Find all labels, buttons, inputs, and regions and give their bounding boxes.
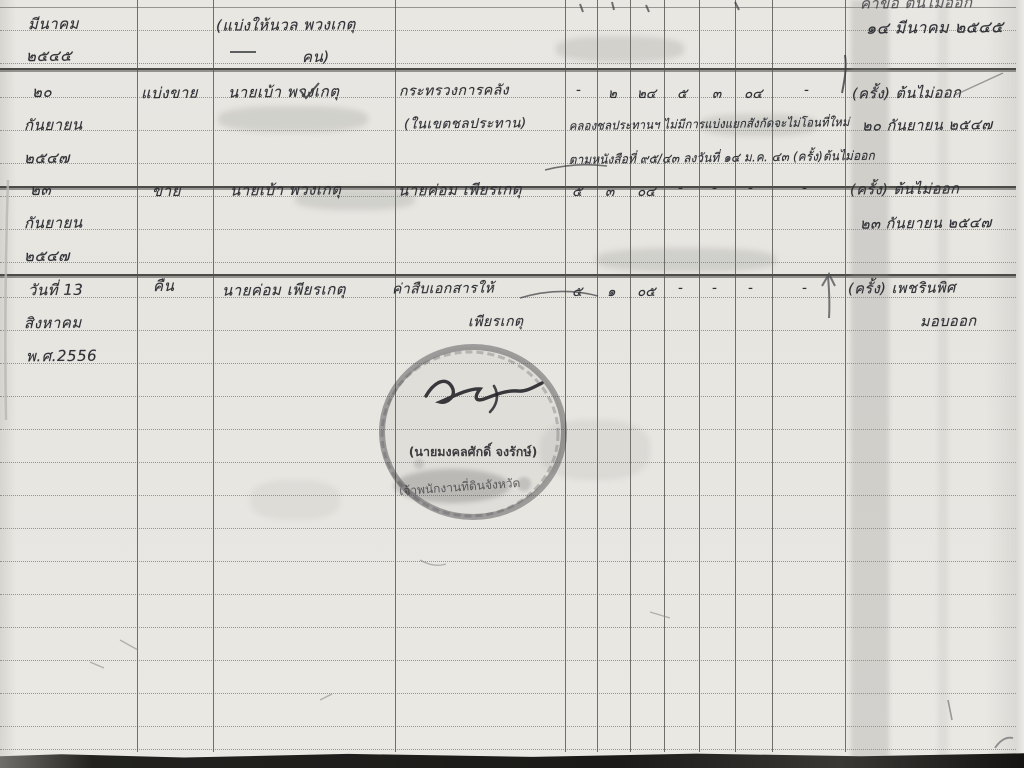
remark-line: ๑๔ มีนาคม ๒๕๔๕	[866, 15, 1004, 41]
cell-value: ๓	[712, 82, 721, 104]
cell-value: ๒๔	[637, 82, 656, 104]
remark-line: ๒๐ กันยายน ๒๕๔๗	[862, 113, 993, 137]
grid-line	[772, 0, 773, 752]
grid-line	[699, 0, 700, 752]
cell-value: -	[678, 280, 683, 296]
date-line: สิงหาคม	[24, 311, 82, 336]
date-line: วันที่ 13	[28, 278, 84, 303]
name-line: นายเบ้า พวงเกตุ	[230, 177, 342, 202]
bleed-smudge	[596, 248, 776, 272]
remark-line: (ครั้ง) ต้นไม่ออก	[852, 81, 962, 105]
cell-value: ๕	[677, 82, 687, 104]
scanned-ledger-page: คำขอ ต้นไม่ออก มีนาคม ๒๕๔๕ (แบ่งให้นวล พ…	[0, 0, 1024, 768]
relation: ขาย	[152, 179, 181, 203]
relation: คืน	[153, 274, 175, 298]
cell-value: ๕	[572, 180, 582, 202]
cell-value: ๒	[608, 82, 617, 104]
stamp-signer-name: (นายมงคลศักดิ์ จงรักษ์)	[409, 442, 538, 459]
cell-value: -	[678, 180, 683, 196]
cell-value: -	[576, 82, 581, 98]
desc-line: เพียรเกตุ	[468, 311, 524, 334]
bleed-smudge	[218, 106, 368, 132]
bleed-smudge	[250, 480, 340, 520]
cell-value: ๓	[605, 180, 614, 202]
remark-line: ๒๓ กันยายน ๒๕๔๗	[860, 211, 992, 235]
note-line: คลองชลประทานฯ ไม่มีการแบ่งแยกสังกัดจะไม่…	[569, 113, 850, 136]
cell-value: ๐๕	[637, 280, 655, 302]
cell-value: -	[748, 280, 753, 296]
name-line: คน)	[302, 45, 330, 69]
bleed-smudge	[556, 36, 684, 62]
remark-cut-top: คำขอ ต้นไม่ออก	[860, 0, 973, 16]
desc-line: นายค่อม เพียรเกตุ	[398, 177, 522, 202]
date-line: พ.ศ.2556	[26, 344, 97, 369]
cell-value: -	[748, 180, 753, 196]
relation: แบ่งขาย	[141, 81, 198, 106]
name-line: (แบ่งให้นวล พวงเกตุ	[216, 12, 356, 37]
grid-line	[137, 0, 138, 752]
cell-value: -	[712, 180, 717, 196]
date-line: ๒๕๔๗	[24, 146, 70, 170]
date-line: ๒๕๔๕	[26, 44, 72, 68]
date-line: ๒๓	[30, 178, 51, 202]
name-line: นายเบ้า พวงเกตุ	[228, 79, 340, 104]
grid-line	[213, 0, 214, 752]
cell-value: -	[804, 82, 809, 98]
official-stamp: (นายมงคลศักดิ์ จงรักษ์) เจ้าพนักงานที่ดิ…	[374, 344, 572, 524]
cell-value: -	[802, 280, 807, 296]
date-line: ๒๐	[32, 80, 52, 104]
grid-line	[597, 0, 598, 752]
name-line: นายค่อม เพียรเกตุ	[222, 277, 346, 302]
remark-line: (ครั้ง) ต้นไม่ออก	[850, 177, 960, 201]
grid-line	[664, 0, 665, 752]
cell-value: ๑	[607, 280, 616, 302]
grid-line	[735, 0, 736, 752]
grid-line	[630, 0, 631, 752]
cell-value: -	[802, 180, 807, 196]
date-line: ๒๕๔๗	[24, 244, 70, 268]
date-line: มีนาคม	[28, 12, 79, 37]
desc-line: ค่าสืบเอกสารให้	[392, 277, 495, 300]
date-line: กันยายน	[24, 211, 83, 236]
cell-value: ๐๔	[637, 180, 655, 202]
cell-value: ๕	[572, 280, 582, 302]
remark-line: มอบออก	[920, 310, 977, 334]
cell-value: -	[712, 280, 717, 296]
remark-line: (ครั้ง) เพชรินพิศ	[848, 276, 956, 300]
desc-line: กระทรวงการคลัง	[399, 79, 509, 102]
date-line: กันยายน	[24, 113, 83, 138]
desc-line: (ในเขตชลประทาน)	[404, 111, 527, 134]
note-line: ตามหนังสือที่ ๙๕/๔๓ ลงวันที่ ๑๔ ม.ค. ๔๓ …	[569, 146, 875, 170]
cell-value: ๐๔	[744, 82, 762, 104]
